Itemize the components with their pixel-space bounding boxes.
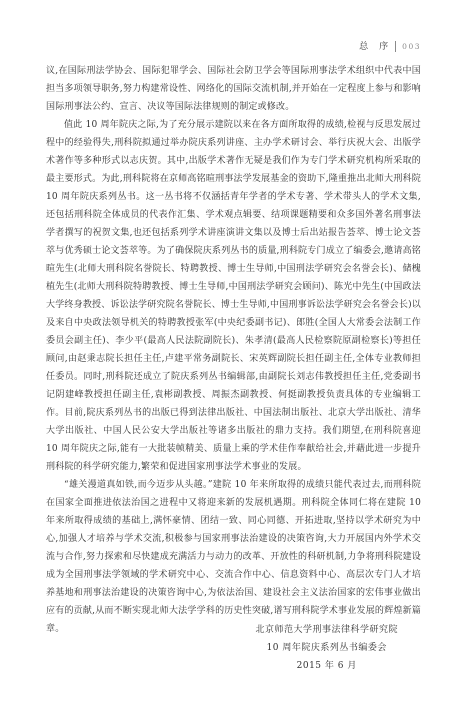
section-title: 总 序 <box>359 42 389 52</box>
signature-line-committee: 10 周年院庆系列丛书编委会 <box>255 639 398 657</box>
body-paragraph-outlook: “雄关漫道真如铁,而今迈步从头越。”建院 10 年来所取得的成绩只能代表过去,而… <box>46 476 421 638</box>
signature-block: 北京师范大学刑事法律科学研究院 10 周年院庆系列丛书编委会 2015 年 6 … <box>255 621 398 675</box>
book-page: 总 序 003 议,在国际刑法学协会、国际犯罪学会、国际社会防卫学会等国际刑事法… <box>0 0 468 720</box>
preface-body: 议,在国际刑法学协会、国际犯罪学会、国际社会防卫学会等国际刑事法学术组织中代表中… <box>46 62 421 638</box>
signature-line-institution: 北京师范大学刑事法律科学研究院 <box>255 621 398 639</box>
running-header: 总 序 003 <box>359 41 421 52</box>
header-divider-rule <box>395 41 396 52</box>
body-paragraph-continuation: 议,在国际刑法学协会、国际犯罪学会、国际社会防卫学会等国际刑事法学术组织中代表中… <box>46 62 421 116</box>
page-number: 003 <box>402 42 421 52</box>
signature-line-date: 2015 年 6 月 <box>255 657 398 675</box>
body-paragraph-anniversary-series: 值此 10 周年院庆之际,为了充分展示建院以来在各方面所取得的成绩,检视与反思发… <box>46 116 421 476</box>
